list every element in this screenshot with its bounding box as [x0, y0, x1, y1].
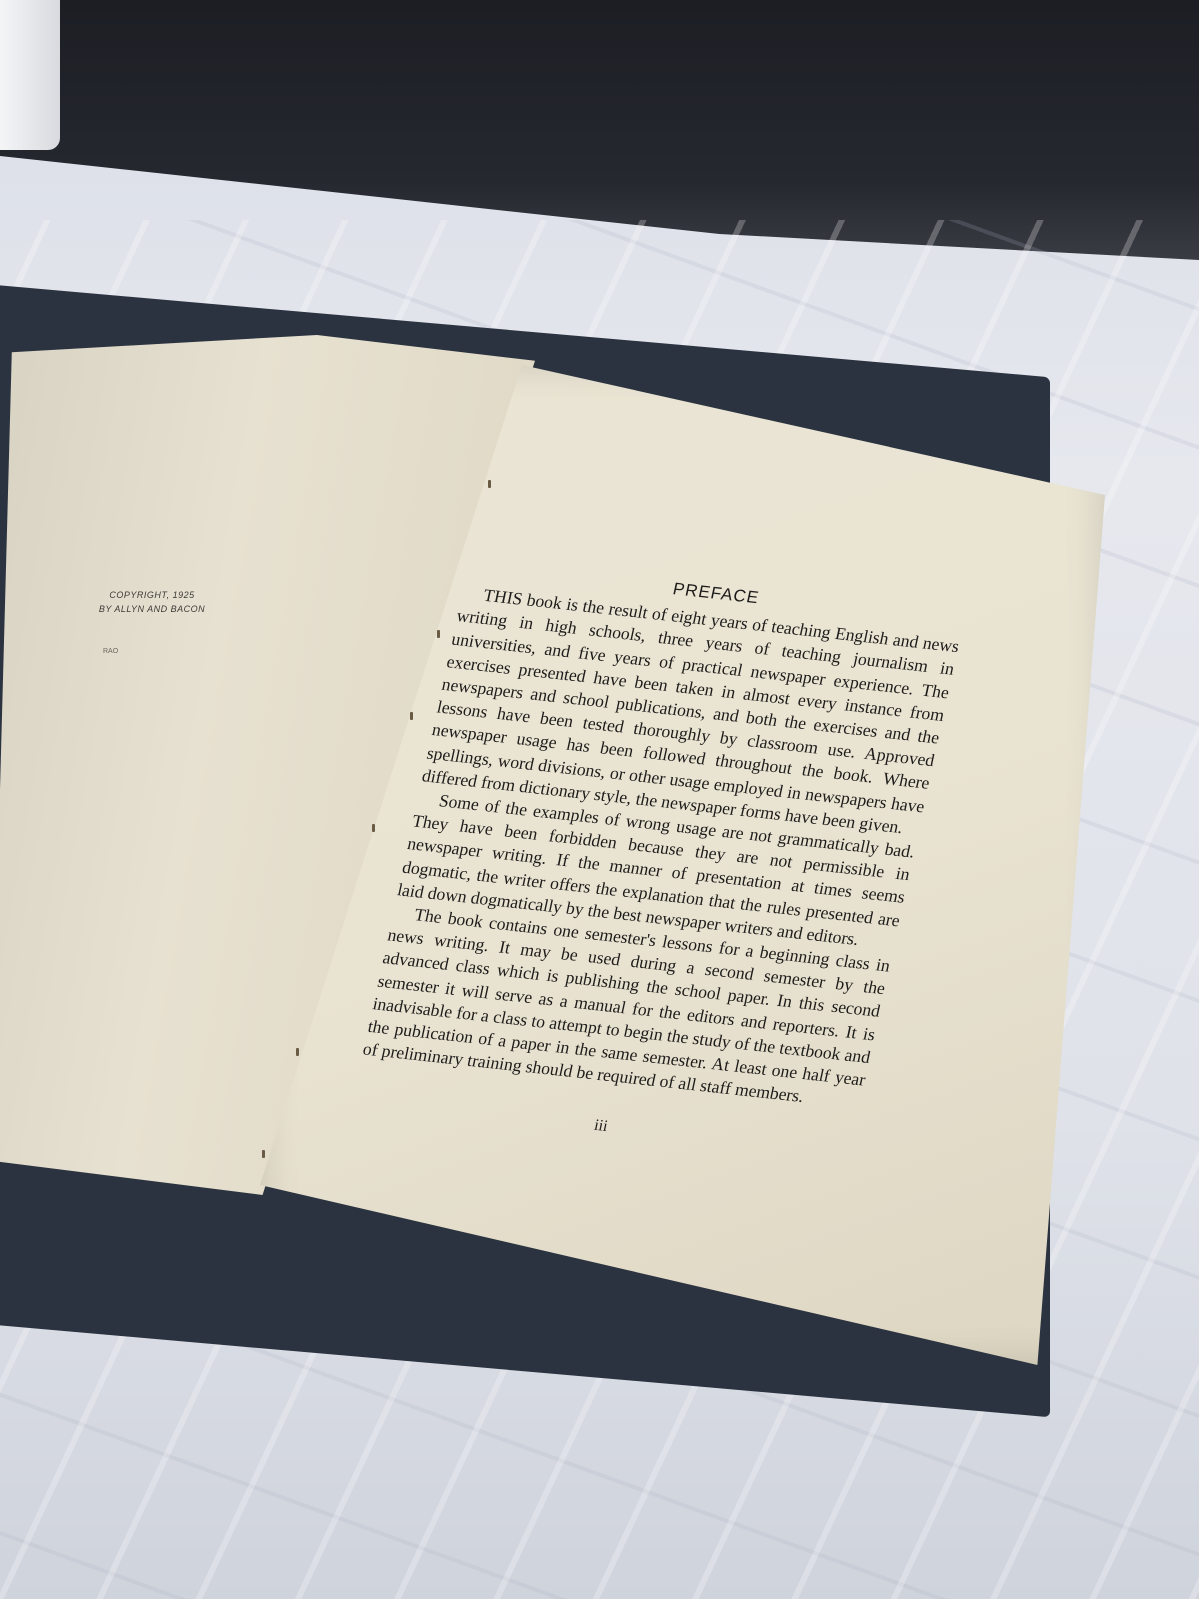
binding-stitch — [410, 712, 413, 720]
printer-mark: RAO — [103, 648, 118, 655]
copyright-publisher: BY ALLYN AND BACON — [72, 604, 232, 614]
white-object-corner — [0, 0, 60, 150]
copyright-year: COPYRIGHT, 1925 — [72, 590, 232, 600]
binding-stitch — [437, 630, 440, 638]
binding-stitch — [296, 1048, 299, 1056]
copyright-notice: COPYRIGHT, 1925 BY ALLYN AND BACON — [72, 590, 232, 618]
binding-stitch — [372, 824, 375, 832]
binding-stitch — [488, 480, 491, 488]
binding-stitch — [262, 1150, 265, 1158]
